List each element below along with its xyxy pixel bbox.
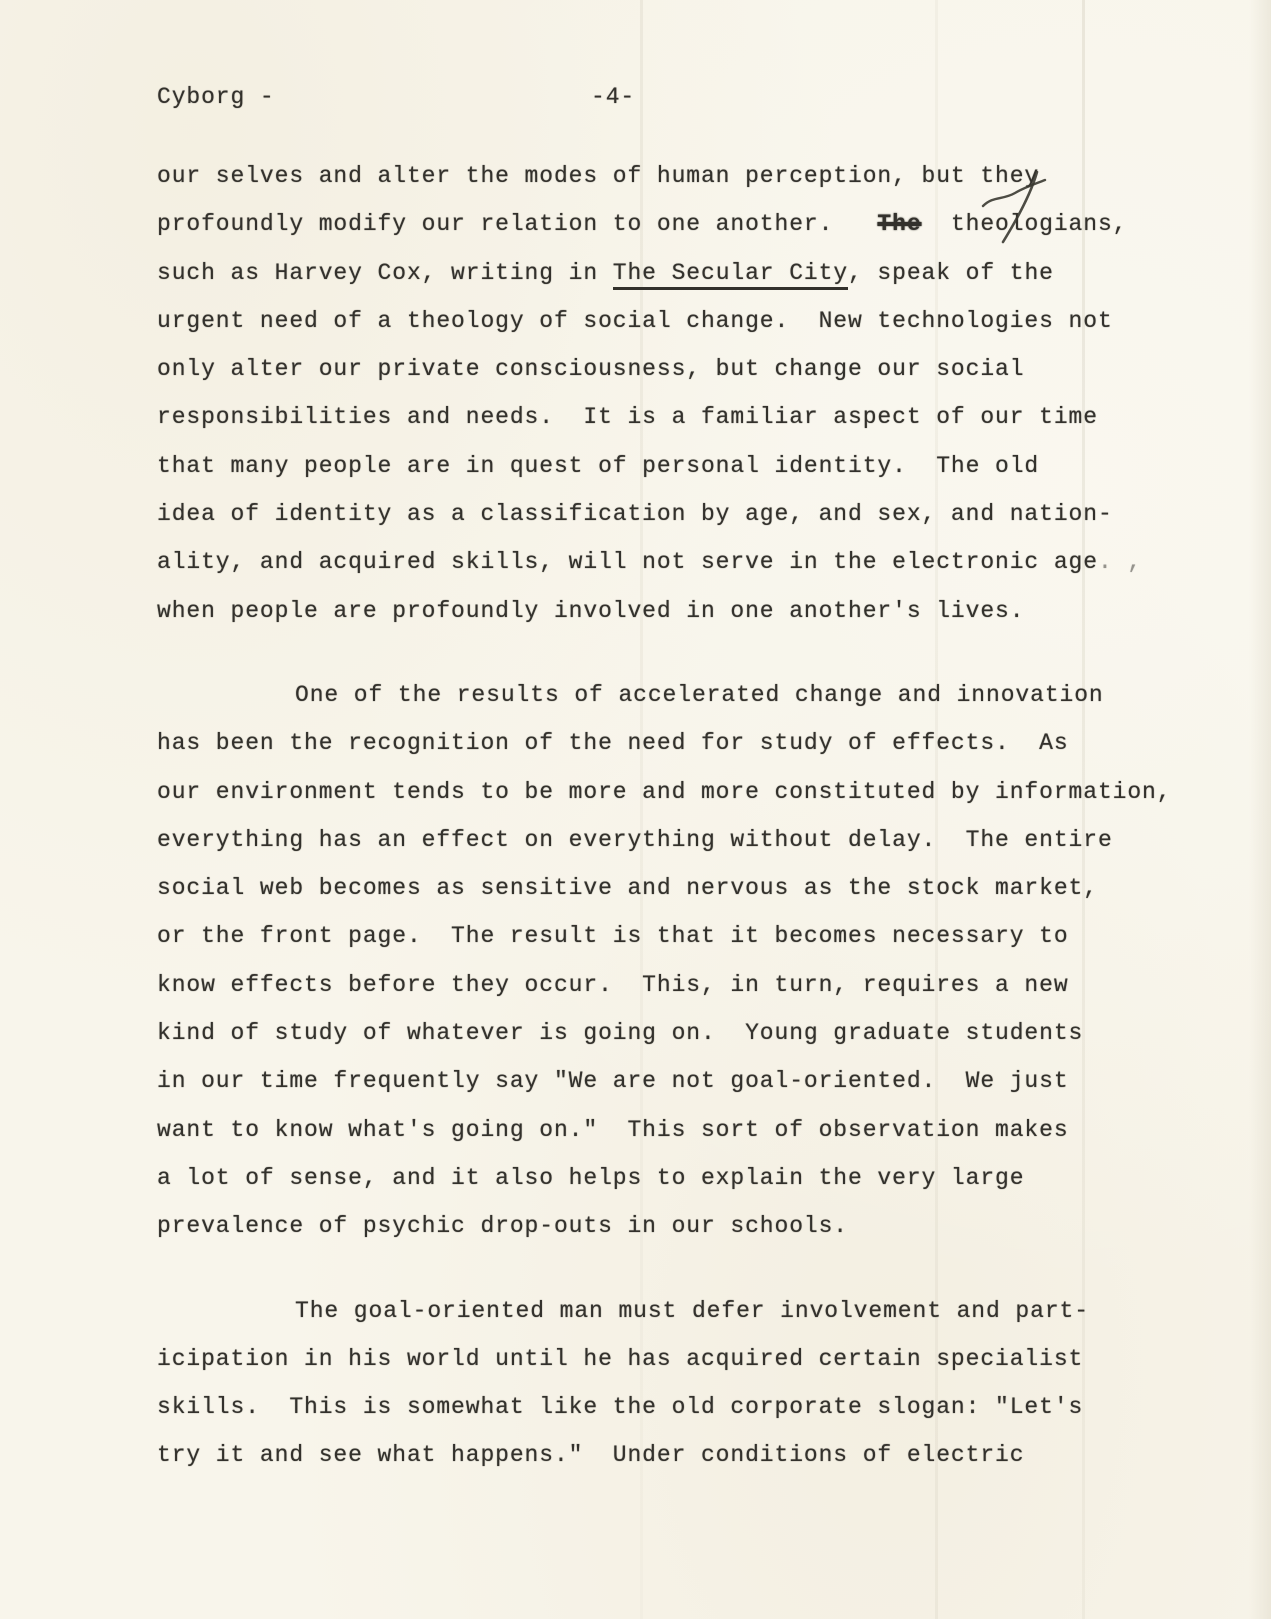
text-segment: idea of identity as a classification by …	[157, 501, 1113, 527]
text-segment: our environment tends to be more and mor…	[157, 779, 1171, 805]
document-body: our selves and alter the modes of human …	[157, 152, 1217, 1480]
text-line: kind of study of whatever is going on. Y…	[157, 1009, 1217, 1057]
text-segment: know effects before they occur. This, in…	[157, 972, 1069, 998]
text-line: One of the results of accelerated change…	[157, 671, 1217, 719]
stray-typewriter-marks: . ,	[1098, 549, 1142, 575]
text-line: a lot of sense, and it also helps to exp…	[157, 1154, 1217, 1202]
text-segment: only alter our private consciousness, bu…	[157, 356, 1024, 382]
text-line: profoundly modify our relation to one an…	[157, 200, 1217, 248]
text-line: our environment tends to be more and mor…	[157, 768, 1217, 816]
text-segment: that many people are in quest of persona…	[157, 453, 1039, 479]
text-line: in our time frequently say "We are not g…	[157, 1057, 1217, 1105]
text-line: icipation in his world until he has acqu…	[157, 1335, 1217, 1383]
document-title: Cyborg -	[157, 84, 275, 110]
text-segment: kind of study of whatever is going on. Y…	[157, 1020, 1083, 1046]
text-line: The goal-oriented man must defer involve…	[157, 1287, 1217, 1335]
text-segment: try it and see what happens." Under cond…	[157, 1442, 1024, 1468]
paragraph: our selves and alter the modes of human …	[157, 152, 1217, 635]
text-line: everything has an effect on everything w…	[157, 816, 1217, 864]
text-line: want to know what's going on." This sort…	[157, 1106, 1217, 1154]
text-segment: skills. This is somewhat like the old co…	[157, 1394, 1083, 1420]
paragraph: One of the results of accelerated change…	[157, 671, 1217, 1251]
text-segment: everything has an effect on everything w…	[157, 827, 1113, 853]
text-segment: when people are profoundly involved in o…	[157, 598, 1024, 624]
text-segment: prevalence of psychic drop-outs in our s…	[157, 1213, 848, 1239]
document-page: Cyborg - -4- our selves and alter the mo…	[0, 0, 1271, 1619]
text-segment: , speak of the	[848, 260, 1054, 286]
text-segment: responsibilities and needs. It is a fami…	[157, 404, 1098, 430]
text-line: know effects before they occur. This, in…	[157, 961, 1217, 1009]
text-segment: want to know what's going on." This sort…	[157, 1117, 1069, 1143]
text-line: has been the recognition of the need for…	[157, 719, 1217, 767]
text-segment: urgent need of a theology of social chan…	[157, 308, 1113, 334]
text-segment: theologians,	[951, 211, 1127, 237]
text-segment: ality, and acquired skills, will not ser…	[157, 549, 1098, 575]
text-line: ality, and acquired skills, will not ser…	[157, 538, 1217, 586]
text-line: such as Harvey Cox, writing in The Secul…	[157, 249, 1217, 297]
text-segment: The goal-oriented man must defer involve…	[295, 1298, 1089, 1324]
paragraph: The goal-oriented man must defer involve…	[157, 1287, 1217, 1480]
text-line: try it and see what happens." Under cond…	[157, 1431, 1217, 1479]
text-line: responsibilities and needs. It is a fami…	[157, 393, 1217, 441]
text-segment: One of the results of accelerated change…	[295, 682, 1104, 708]
text-line: idea of identity as a classification by …	[157, 490, 1217, 538]
text-line: skills. This is somewhat like the old co…	[157, 1383, 1217, 1431]
text-segment: such as Harvey Cox, writing in	[157, 260, 613, 286]
text-segment: has been the recognition of the need for…	[157, 730, 1069, 756]
text-line: when people are profoundly involved in o…	[157, 587, 1217, 635]
text-segment: in our time frequently say "We are not g…	[157, 1068, 1069, 1094]
text-segment: icipation in his world until he has acqu…	[157, 1346, 1083, 1372]
text-line: that many people are in quest of persona…	[157, 442, 1217, 490]
text-segment: profoundly modify our relation to one an…	[157, 211, 877, 237]
strikethrough-word: The	[877, 211, 921, 237]
underlined-book-title: The Secular City	[613, 260, 848, 290]
text-line: prevalence of psychic drop-outs in our s…	[157, 1202, 1217, 1250]
page-header: Cyborg - -4-	[0, 84, 1271, 124]
text-segment: or the front page. The result is that it…	[157, 923, 1069, 949]
paper-edge-shadow	[1249, 0, 1271, 1619]
page-number: -4-	[591, 84, 635, 110]
text-line: only alter our private consciousness, bu…	[157, 345, 1217, 393]
text-segment: our selves and alter the modes of human …	[157, 163, 1039, 189]
text-segment	[922, 211, 951, 237]
text-segment: a lot of sense, and it also helps to exp…	[157, 1165, 1024, 1191]
text-line: urgent need of a theology of social chan…	[157, 297, 1217, 345]
text-line: social web becomes as sensitive and nerv…	[157, 864, 1217, 912]
text-line: our selves and alter the modes of human …	[157, 152, 1217, 200]
text-line: or the front page. The result is that it…	[157, 912, 1217, 960]
text-segment: social web becomes as sensitive and nerv…	[157, 875, 1098, 901]
